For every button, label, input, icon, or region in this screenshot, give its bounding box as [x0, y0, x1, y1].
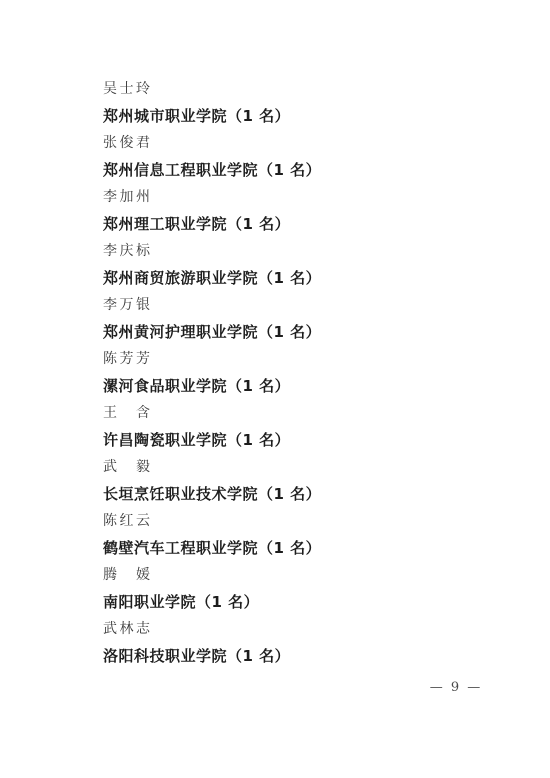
institution-quota-line: 南阳职业学院（1 名）: [103, 589, 321, 616]
person-name: 武林志: [103, 616, 321, 643]
person-name: 王 含: [103, 400, 321, 427]
roster-entry: 张俊君 郑州信息工程职业学院（1 名）: [103, 130, 321, 184]
roster-entry: 李庆标 郑州商贸旅游职业学院（1 名）: [103, 238, 321, 292]
person-name: 张俊君: [103, 130, 321, 157]
person-name: 腾 媛: [103, 562, 321, 589]
roster-entry: 陈红云 鹤壁汽车工程职业学院（1 名）: [103, 508, 321, 562]
person-name: 吴士玲: [103, 76, 321, 103]
roster-entry: 武林志 洛阳科技职业学院（1 名）: [103, 616, 321, 670]
institution-quota-line: 郑州理工职业学院（1 名）: [103, 211, 321, 238]
person-name: 李庆标: [103, 238, 321, 265]
roster-list: 吴士玲 郑州城市职业学院（1 名） 张俊君 郑州信息工程职业学院（1 名） 李加…: [103, 76, 321, 670]
person-name: 陈红云: [103, 508, 321, 535]
institution-quota-line: 郑州商贸旅游职业学院（1 名）: [103, 265, 321, 292]
institution-quota-line: 鹤壁汽车工程职业学院（1 名）: [103, 535, 321, 562]
institution-quota-line: 郑州城市职业学院（1 名）: [103, 103, 321, 130]
page-number: — 9 —: [426, 680, 486, 695]
person-name: 李加州: [103, 184, 321, 211]
roster-entry: 李加州 郑州理工职业学院（1 名）: [103, 184, 321, 238]
institution-quota-line: 郑州黄河护理职业学院（1 名）: [103, 319, 321, 346]
roster-entry: 李万银 郑州黄河护理职业学院（1 名）: [103, 292, 321, 346]
institution-quota-line: 漯河食品职业学院（1 名）: [103, 373, 321, 400]
roster-entry: 腾 媛 南阳职业学院（1 名）: [103, 562, 321, 616]
document-page: 吴士玲 郑州城市职业学院（1 名） 张俊君 郑州信息工程职业学院（1 名） 李加…: [0, 0, 550, 778]
institution-quota-line: 洛阳科技职业学院（1 名）: [103, 643, 321, 670]
roster-entry: 陈芳芳 漯河食品职业学院（1 名）: [103, 346, 321, 400]
institution-quota-line: 郑州信息工程职业学院（1 名）: [103, 157, 321, 184]
roster-entry: 吴士玲 郑州城市职业学院（1 名）: [103, 76, 321, 130]
person-name: 武 毅: [103, 454, 321, 481]
roster-entry: 王 含 许昌陶瓷职业学院（1 名）: [103, 400, 321, 454]
person-name: 李万银: [103, 292, 321, 319]
roster-entry: 武 毅 长垣烹饪职业技术学院（1 名）: [103, 454, 321, 508]
person-name: 陈芳芳: [103, 346, 321, 373]
institution-quota-line: 长垣烹饪职业技术学院（1 名）: [103, 481, 321, 508]
institution-quota-line: 许昌陶瓷职业学院（1 名）: [103, 427, 321, 454]
